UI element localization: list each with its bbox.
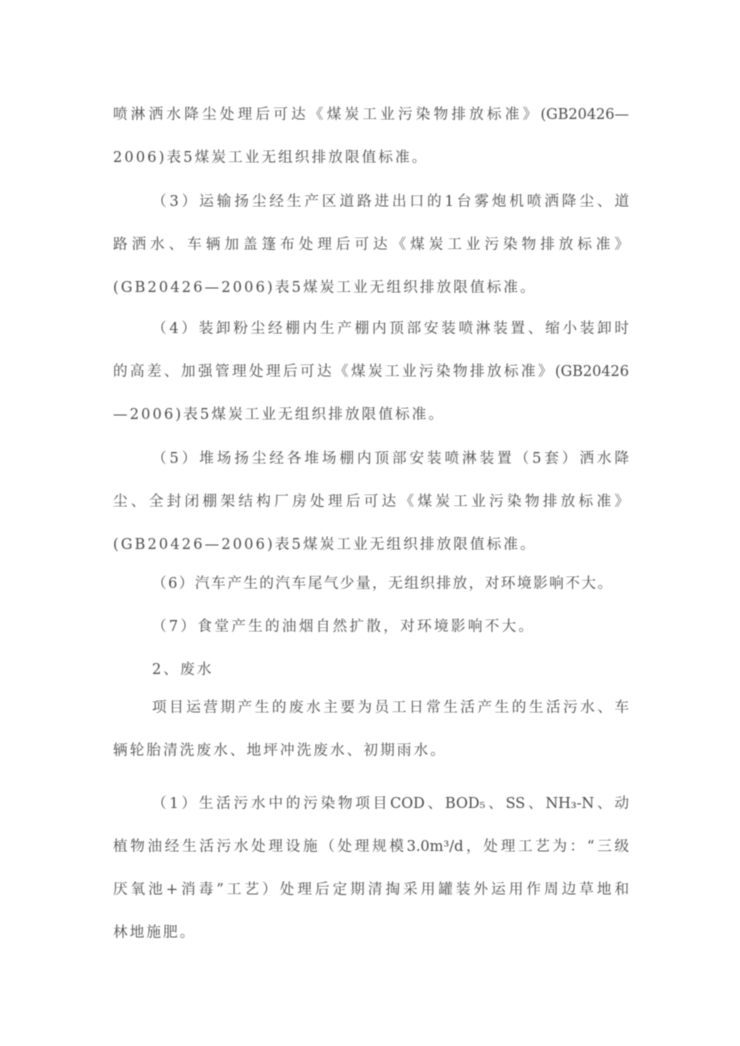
paragraph-line: （7）食堂产生的油烟自然扩散，对环境影响不大。 (152, 615, 629, 639)
paragraph-line: (GB20426—2006)表5煤炭工业无组织排放限值标准。 (113, 276, 629, 300)
paragraph-line: 林地施肥。 (113, 921, 629, 945)
paragraph-line: —2006)表5煤炭工业无组织排放限值标准。 (113, 403, 629, 427)
paragraph-line: （1）生活污水中的污染物项目COD、BOD₅、SS、NH₃-N、动 (152, 792, 629, 816)
document-page: 喷淋洒水降尘处理后可达《煤炭工业污染物排放标准》(GB20426— 2006)表… (0, 0, 740, 1046)
paragraph-line: （3）运输扬尘经生产区道路进出口的1台雾炮机喷洒降尘、道 (152, 190, 629, 214)
paragraph-line: 项目运营期产生的废水主要为员工日常生活产生的生活污水、车 (152, 696, 629, 720)
paragraph-line: 2006)表5煤炭工业无组织排放限值标准。 (113, 146, 629, 170)
section-heading: 2、废水 (152, 658, 214, 682)
paragraph-line: 厌氧池+消毒”工艺）处理后定期清掏采用罐装外运用作周边草地和 (113, 878, 629, 902)
paragraph-line: 辆轮胎清洗废水、地坪冲洗废水、初期雨水。 (113, 739, 629, 763)
paragraph-line: 的高差、加强管理处理后可达《煤炭工业污染物排放标准》(GB20426 (113, 360, 629, 384)
paragraph-line: 植物油经生活污水处理设施（处理规模3.0m³/d，处理工艺为：“三级 (113, 835, 629, 859)
paragraph-line: 路洒水、车辆加盖篷布处理后可达《煤炭工业污染物排放标准》 (113, 233, 629, 257)
paragraph-line: (GB20426—2006)表5煤炭工业无组织排放限值标准。 (113, 533, 629, 557)
paragraph-line: 喷淋洒水降尘处理后可达《煤炭工业污染物排放标准》(GB20426— (113, 103, 629, 127)
paragraph-line: （6）汽车产生的汽车尾气少量，无组织排放，对环境影响不大。 (152, 572, 629, 596)
paragraph-line: 尘、全封闭棚架结构厂房处理后可达《煤炭工业污染物排放标准》 (113, 490, 629, 514)
paragraph-line: （4）装卸粉尘经棚内生产棚内顶部安装喷淋装置、缩小装卸时 (152, 317, 629, 341)
paragraph-line: （5）堆场扬尘经各堆场棚内顶部安装喷淋装置（5套）洒水降 (152, 447, 629, 471)
